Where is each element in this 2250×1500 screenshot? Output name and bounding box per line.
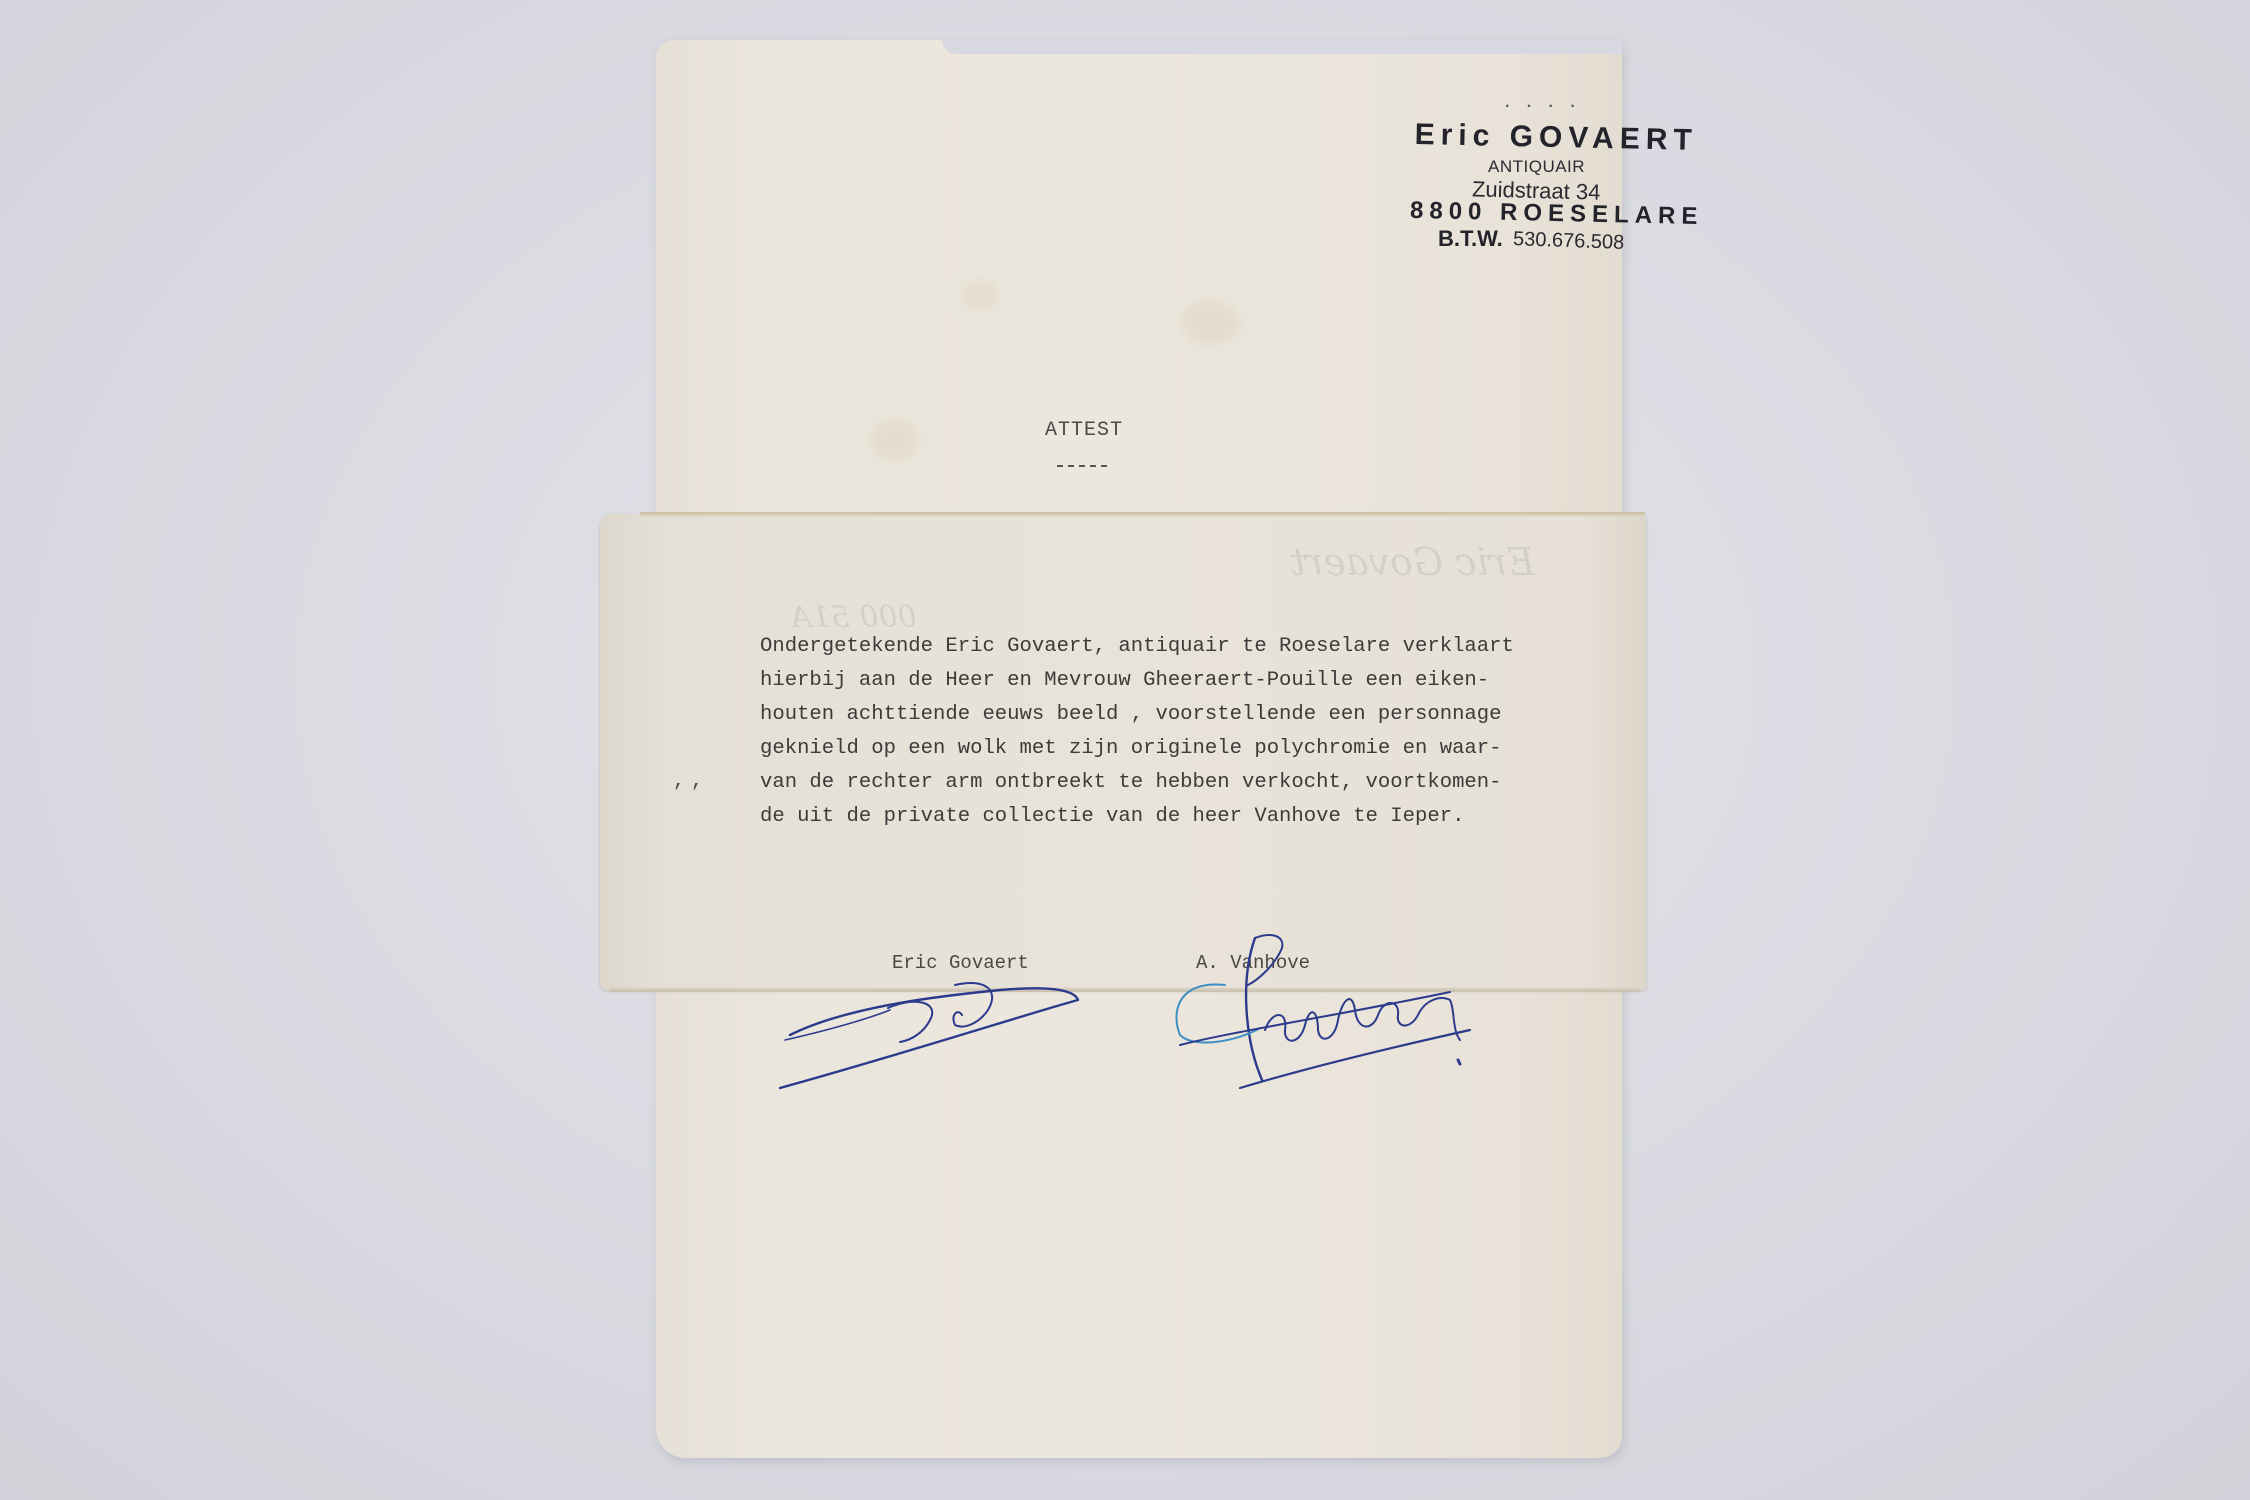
signatures-layer [0,0,2250,1500]
signature-left [780,983,1078,1088]
signature-right [1176,935,1470,1088]
